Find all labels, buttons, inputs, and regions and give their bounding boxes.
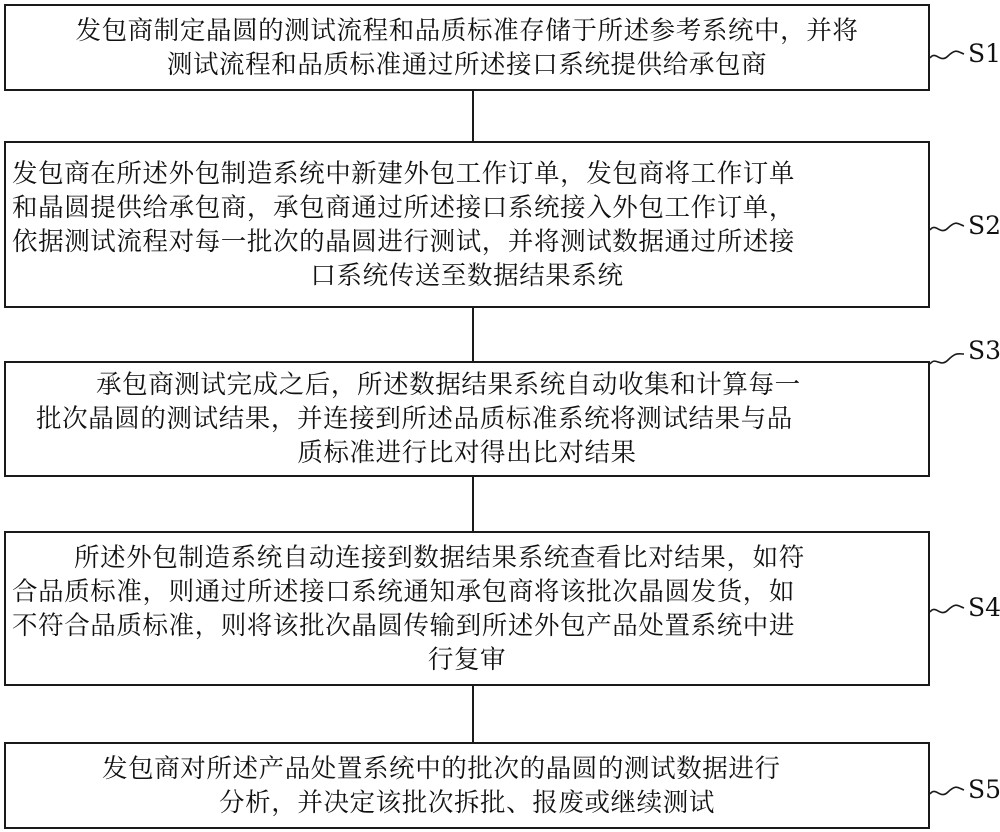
leader-line-s1 [930, 46, 966, 66]
step-s2-line-2: 和晶圆提供给承包商，承包商通过所述接口系统接入外包工作订单， [6, 191, 928, 225]
step-s4-line-3: 不符合品质标准，则将该批次晶圆传输到所述外包产品处置系统中进 [6, 609, 928, 643]
leader-line-s3 [930, 350, 966, 370]
step-text-s1: 发包商制定晶圆的测试流程和品质标准存储于所述参考系统中，并将 测试流程和品质标准… [6, 14, 928, 82]
step-box-s5: 发包商对所述产品处置系统中的批次的晶圆的测试数据进行 分析，并决定该批次拆批、报… [4, 742, 930, 829]
step-label-s2: S2 [968, 212, 1000, 240]
leader-line-s5 [930, 782, 966, 802]
leader-line-s4 [930, 600, 966, 620]
connector-s3-s4 [472, 477, 474, 531]
step-s4-line-1: 所述外包制造系统自动连接到数据结果系统查看比对结果，如符 [6, 541, 928, 575]
step-s2-line-4: 口系统传送至数据结果系统 [6, 259, 928, 293]
step-s4-line-2: 合品质标准，则通过所述接口系统通知承包商将该批次晶圆发货，如 [6, 575, 928, 609]
step-s3-line-2: 批次晶圆的测试结果，并连接到所述品质标准系统将测试结果与品 [6, 402, 928, 436]
step-s2-line-1: 发包商在所述外包制造系统中新建外包工作订单，发包商将工作订单 [6, 157, 928, 191]
leader-line-s2 [930, 218, 966, 238]
step-s5-line-1: 发包商对所述产品处置系统中的批次的晶圆的测试数据进行 [6, 752, 928, 786]
step-box-s3: 承包商测试完成之后，所述数据结果系统自动收集和计算每一 批次晶圆的测试结果，并连… [4, 361, 930, 477]
step-label-s5: S5 [968, 776, 1000, 804]
step-box-s4: 所述外包制造系统自动连接到数据结果系统查看比对结果，如符 合品质标准，则通过所述… [4, 531, 930, 686]
connector-s2-s3 [472, 308, 474, 361]
step-s3-line-1: 承包商测试完成之后，所述数据结果系统自动收集和计算每一 [6, 368, 928, 402]
step-box-s2: 发包商在所述外包制造系统中新建外包工作订单，发包商将工作订单 和晶圆提供给承包商… [4, 141, 930, 308]
step-label-s3: S3 [968, 337, 1000, 365]
step-box-s1: 发包商制定晶圆的测试流程和品质标准存储于所述参考系统中，并将 测试流程和品质标准… [4, 4, 930, 91]
connector-s4-s5 [472, 686, 474, 742]
step-label-s1: S1 [968, 40, 1000, 68]
connector-s1-s2 [472, 91, 474, 141]
step-text-s4: 所述外包制造系统自动连接到数据结果系统查看比对结果，如符 合品质标准，则通过所述… [6, 541, 928, 677]
step-text-s3: 承包商测试完成之后，所述数据结果系统自动收集和计算每一 批次晶圆的测试结果，并连… [6, 368, 928, 470]
step-label-s4: S4 [968, 594, 1000, 622]
step-s3-line-3: 质标准进行比对得出比对结果 [6, 436, 928, 470]
step-s2-line-3: 依据测试流程对每一批次的晶圆进行测试，并将测试数据通过所述接 [6, 225, 928, 259]
step-text-s2: 发包商在所述外包制造系统中新建外包工作订单，发包商将工作订单 和晶圆提供给承包商… [6, 157, 928, 293]
step-s4-line-4: 行复审 [6, 643, 928, 677]
step-s1-line-1: 发包商制定晶圆的测试流程和品质标准存储于所述参考系统中，并将 [6, 14, 928, 48]
step-s5-line-2: 分析，并决定该批次拆批、报废或继续测试 [6, 786, 928, 820]
step-text-s5: 发包商对所述产品处置系统中的批次的晶圆的测试数据进行 分析，并决定该批次拆批、报… [6, 752, 928, 820]
step-s1-line-2: 测试流程和品质标准通过所述接口系统提供给承包商 [6, 48, 928, 82]
